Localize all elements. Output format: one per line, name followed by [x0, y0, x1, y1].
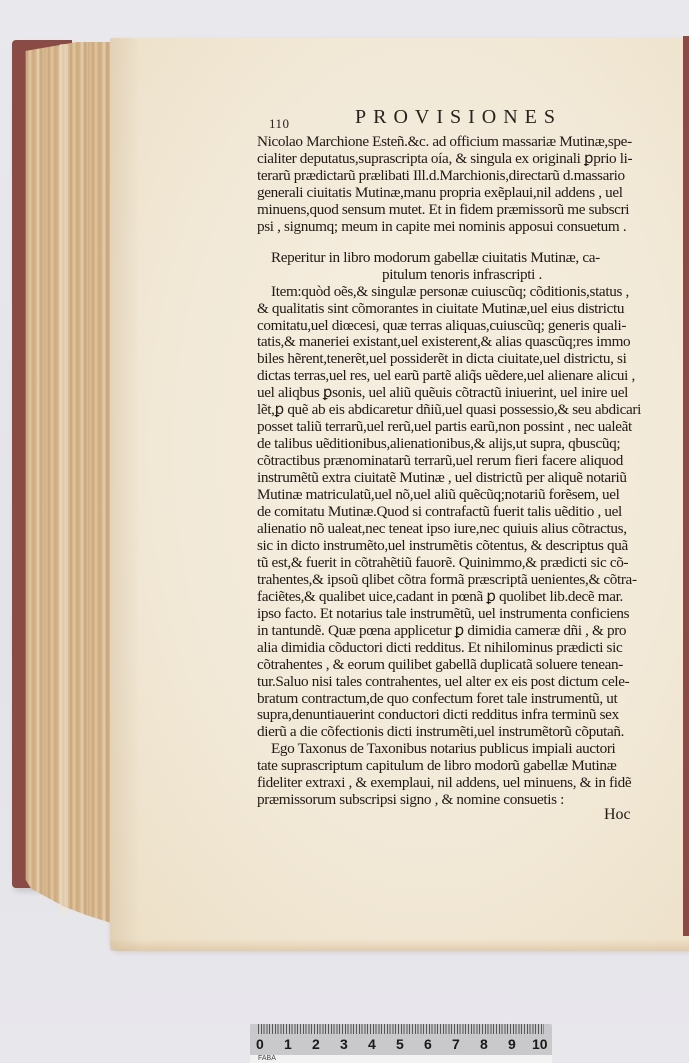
text-line: trahentes,& ipsoũ qlibet cõtra formã præ…: [257, 572, 667, 589]
page-header: 110 PROVISIONES: [265, 106, 675, 134]
text-line: comitatu,uel diœcesi, quæ terras aliquas…: [257, 318, 667, 335]
heading-line: Reperitur in libro modorum gabellæ ciuit…: [257, 250, 667, 267]
ruler-number: 0: [256, 1036, 264, 1052]
ruler-number: 3: [340, 1036, 348, 1052]
text-line: tatis,& maneriei existant,uel existerent…: [257, 334, 667, 351]
ruler-number: 7: [452, 1036, 460, 1052]
text-line: & qualitatis sint cõmorantes in ciuitate…: [257, 301, 667, 318]
section-heading: Reperitur in libro modorum gabellæ ciuit…: [257, 250, 667, 284]
text-line: supra,denuntiauerint conductori dicti re…: [257, 707, 667, 724]
text-line: cialiter deputatus,suprascripta oía, & s…: [257, 151, 667, 168]
running-head: PROVISIONES: [355, 106, 562, 129]
page-body-text: Nicolao Marchione Esteñ.&c. ad officium …: [257, 134, 667, 809]
text-line: Mutinæ matriculatũ,uel nõ,uel aliũ quẽcũ…: [257, 487, 667, 504]
text-line: Nicolao Marchione Esteñ.&c. ad officium …: [257, 134, 667, 151]
text-line: tate suprascriptum capitulum de libro mo…: [257, 758, 667, 775]
text-line: minuens,quod sensum mutet. Et in fidem p…: [257, 202, 667, 219]
measurement-ruler: 0 1 2 3 4 5 6 7 8 9 10 FABA: [250, 1024, 552, 1063]
ruler-number: 10: [532, 1036, 548, 1052]
text-line: fideliter extraxi , & exemplaui, nil add…: [257, 775, 667, 792]
text-line: tũ est,& fuerit in cõtrahẽtiũ fauorẽ. Qu…: [257, 555, 667, 572]
text-line: sic in dicto instrumẽto,uel instrumẽtis …: [257, 538, 667, 555]
heading-line: pitulum tenoris infrascripti .: [257, 267, 667, 284]
text-line: Item:quòd oẽs,& singulæ personæ cuiuscũq…: [257, 284, 667, 301]
ruler-brand: FABA: [258, 1055, 276, 1062]
text-line: alia dimidia cõductori dicti redditus. E…: [257, 640, 667, 657]
text-line: de talibus uẽditionibus,alienationibus,&…: [257, 436, 667, 453]
ruler-numbers: 0 1 2 3 4 5 6 7 8 9 10: [252, 1036, 552, 1052]
ruler-number: 6: [424, 1036, 432, 1052]
text-line: alienatio nõ ualeat,nec teneat ipso iure…: [257, 521, 667, 538]
ruler-number: 1: [284, 1036, 292, 1052]
text-line: dictas terras,uel res, uel earũ partẽ al…: [257, 368, 667, 385]
text-line: Ego Taxonus de Taxonibus notarius public…: [257, 741, 667, 758]
text-line: cõtrahentes , & eorum quilibet gabellã d…: [257, 657, 667, 674]
page-edges-highlight: [60, 44, 68, 914]
text-line: de comitatu Mutinæ.Quod si contrafactũ f…: [257, 504, 667, 521]
ruler-number: 8: [480, 1036, 488, 1052]
text-line: biles hẽrent,tenerẽt,uel possiderẽt in d…: [257, 351, 667, 368]
text-line: lẽt,ꝑ quẽ ab eis abdicaretur dñiũ,uel qu…: [257, 402, 667, 419]
ruler-number: 9: [508, 1036, 516, 1052]
page-number: 110: [269, 116, 290, 132]
text-line: psi , signumq; meum in capite mei nomini…: [257, 219, 667, 236]
text-line: instrumẽtũ extra ciuitatẽ Mutinæ , uel d…: [257, 470, 667, 487]
text-line: dierũ a die cõfectionis dicti instrumẽti…: [257, 724, 667, 741]
ruler-ticks: [258, 1024, 544, 1034]
text-line: generali ciuitatis Mutinæ,manu propria e…: [257, 185, 667, 202]
book-cover-right-edge: [683, 36, 689, 936]
text-line: faciẽtes,& qualibet uice,cadant in pœnã …: [257, 589, 667, 606]
ruler-number: 4: [368, 1036, 376, 1052]
text-line: uel aliqbus ꝑsonis, uel aliũ quẽuis cõtr…: [257, 385, 667, 402]
ruler-number: 5: [396, 1036, 404, 1052]
text-line: tur.Saluo nisi tales contrahentes, uel a…: [257, 674, 667, 691]
ruler-number: 2: [312, 1036, 320, 1052]
page-edges: [22, 42, 114, 924]
paragraph-1: Nicolao Marchione Esteñ.&c. ad officium …: [257, 134, 667, 236]
catchword: Hoc: [604, 806, 631, 824]
text-line: posset taliũ terrarũ,uel rerũ,uel partis…: [257, 419, 667, 436]
text-line: ipso facto. Et notarius tale instrumẽtũ,…: [257, 606, 667, 623]
paragraph-3: Ego Taxonus de Taxonibus notarius public…: [257, 741, 667, 809]
ruler-label-strip: [250, 1055, 552, 1063]
text-line: cõtractibus prænominatarũ terrarũ,uel re…: [257, 453, 667, 470]
text-line: bratum contractum,de quo confectum foret…: [257, 691, 667, 708]
text-line: terarũ prædictarũ prælibati Ill.d.Marchi…: [257, 168, 667, 185]
paragraph-2: Item:quòd oẽs,& singulæ personæ cuiuscũq…: [257, 284, 667, 742]
text-line: in tantundẽ. Quæ pœna applicetur ꝑ dimid…: [257, 623, 667, 640]
